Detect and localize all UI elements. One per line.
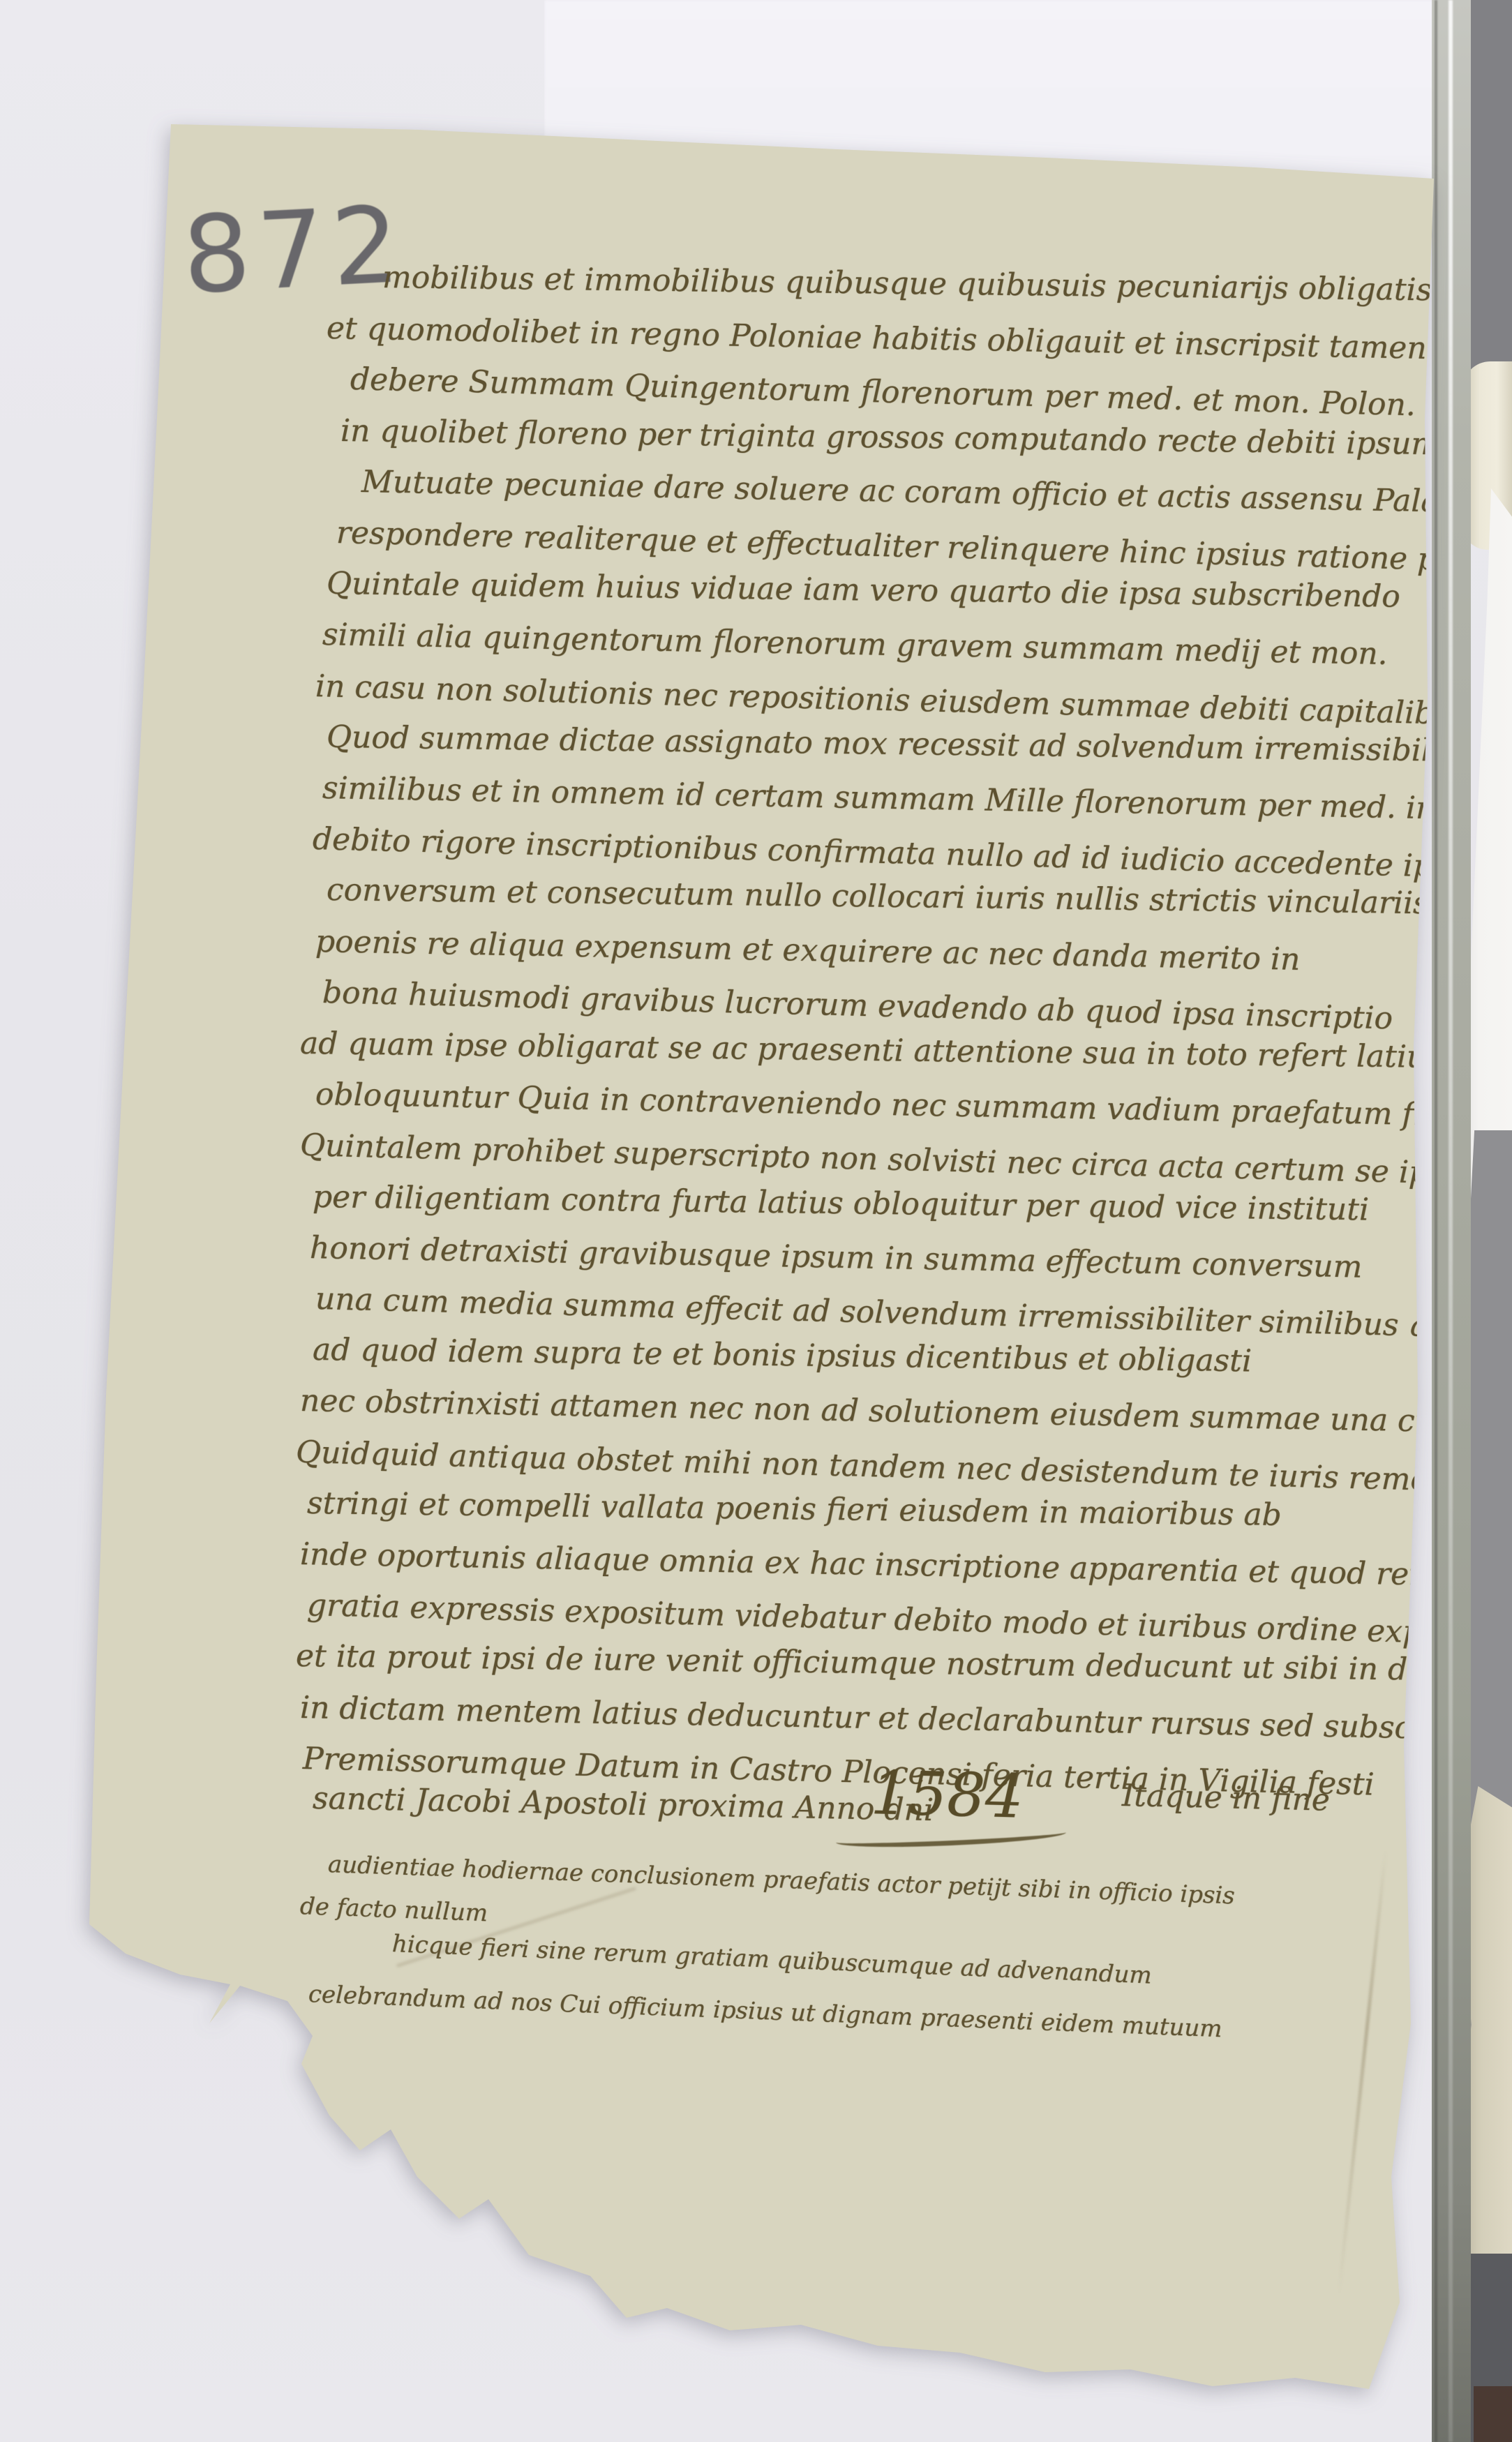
paper-crease xyxy=(1338,1850,1388,2294)
manuscript-line: ad quod idem supra te et bonis ipsius di… xyxy=(313,1332,1252,1379)
paper-surface: 872 mobilibus et immobilibus quibusque q… xyxy=(0,0,1512,2442)
date-line-post: Itaque in fine xyxy=(1121,1778,1330,1818)
manuscript-photograph: 872 mobilibus et immobilibus quibusque q… xyxy=(0,0,1512,2442)
manuscript-line: Mutuate pecuniae dare soluere ac coram o… xyxy=(361,464,1512,521)
closing-line: de facto nullum xyxy=(299,1892,488,1927)
manuscript-line: et quomodolibet in regno Poloniae habiti… xyxy=(327,310,1472,367)
manuscript-line: obloquuntur Quia in contraveniendo nec s… xyxy=(315,1077,1485,1134)
manuscript-line: simili alia quingentorum florenorum grav… xyxy=(322,617,1389,672)
manuscript-page: 872 mobilibus et immobilibus quibusque q… xyxy=(0,0,1512,2442)
closing-line: celebrandum ad nos Cui officium ipsius u… xyxy=(308,1980,1222,2043)
manuscript-line: nec obstrinxisti attamen nec non ad solu… xyxy=(300,1383,1465,1440)
manuscript-line: honori detraxisti gravibusque ipsum in s… xyxy=(310,1230,1363,1285)
manuscript-line: Quintale quidem huius viduae iam vero qu… xyxy=(327,566,1400,615)
manuscript-line: in quolibet floreno per triginta grossos… xyxy=(340,413,1441,462)
manuscript-line: poenis re aliqua expensum et exquirere a… xyxy=(315,924,1301,977)
manuscript-line: in dictam mentem latius deducuntur et de… xyxy=(300,1690,1512,1748)
manuscript-line: mobilibus et immobilibus quibusque quibu… xyxy=(382,260,1432,308)
manuscript-line: similibus et in omnem id certam summam M… xyxy=(322,770,1512,827)
manuscript-line: stringi et compelli vallata poenis fieri… xyxy=(307,1485,1282,1533)
folio-number: 872 xyxy=(180,183,410,318)
manuscript-line: bona huiusmodi gravibus lucrorum evadend… xyxy=(322,975,1393,1036)
closing-line: hicque fieri sine rerum gratiam quibuscu… xyxy=(391,1930,1152,1990)
manuscript-line: inde oportunis aliaque omnia ex hac insc… xyxy=(300,1536,1419,1592)
manuscript-line: debere Summam Quingentorum florenorum pe… xyxy=(350,361,1416,423)
manuscript-line: per diligentiam contra furta latius oblo… xyxy=(313,1179,1370,1227)
year-value: 1584 xyxy=(870,1758,1024,1832)
